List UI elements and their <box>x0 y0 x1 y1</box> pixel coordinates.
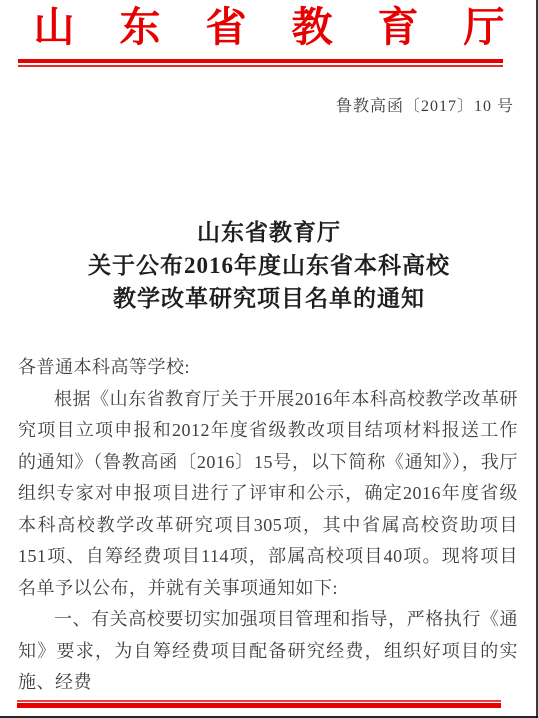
notice-body: 各普通本科高等学校: 根据《山东省教育厅关于开展2016年本科高校教学改革研究项… <box>18 352 518 699</box>
notice-title: 山东省教育厅 关于公布2016年度山东省本科高校 教学改革研究项目名单的通知 <box>0 216 538 315</box>
letterhead: 山东省教育厅 <box>0 0 538 67</box>
footer-double-rule <box>17 700 501 708</box>
notice-title-line2: 关于公布2016年度山东省本科高校 <box>0 249 538 282</box>
document-number: 鲁教高函〔2017〕10 号 <box>0 93 538 116</box>
rule-thin-line <box>17 700 501 702</box>
agency-name: 山东省教育厅 <box>0 0 538 49</box>
rule-thick-line <box>17 703 501 708</box>
rule-thin-line <box>18 65 503 67</box>
body-paragraph-1: 根据《山东省教育厅关于开展2016年本科高校教学改革研究项目立项申报和2012年… <box>18 384 518 605</box>
notice-title-line3: 教学改革研究项目名单的通知 <box>0 282 538 315</box>
letterhead-double-rule <box>18 59 503 67</box>
salutation: 各普通本科高等学校: <box>18 352 518 384</box>
agency-name-text: 山东省教育厅 <box>34 4 538 50</box>
rule-thick-line <box>18 59 503 63</box>
document-page: 山东省教育厅 鲁教高函〔2017〕10 号 山东省教育厅 关于公布2016年度山… <box>0 0 538 718</box>
body-paragraph-2: 一、有关高校要切实加强项目管理和指导，严格执行《通知》要求，为自筹经费项目配备研… <box>18 604 518 699</box>
notice-title-line1: 山东省教育厅 <box>0 216 538 249</box>
